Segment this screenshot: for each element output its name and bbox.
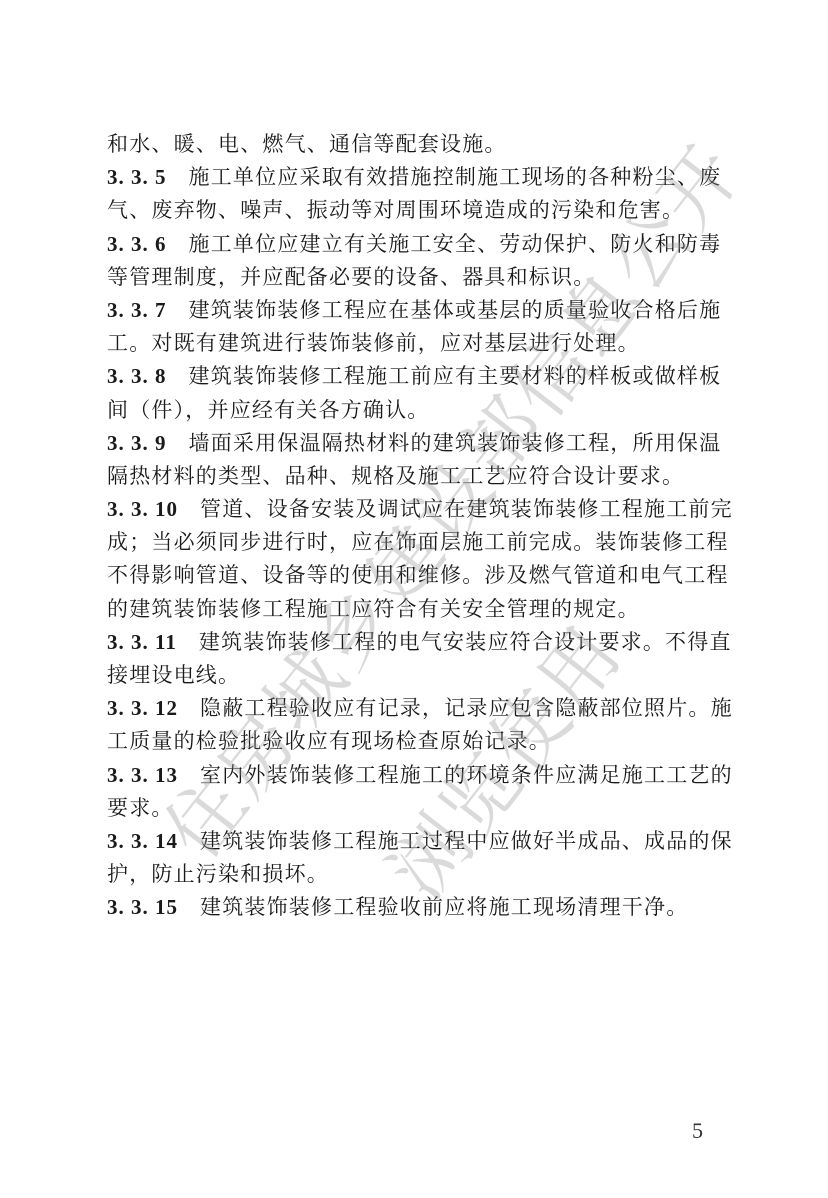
clause-line: 3. 3. 10管道、设备安装及调试应在建筑装饰装修工程施工前完	[107, 493, 719, 526]
text-line: 不得影响管道、设备等的使用和维修。涉及燃气管道和电气工程	[107, 559, 719, 592]
clause-text: 建筑装饰装修工程应在基体或基层的质量验收合格后施	[189, 298, 722, 322]
clause-line: 3. 3. 13室内外装饰装修工程施工的环境条件应满足施工工艺的	[107, 759, 719, 792]
clause-number: 3. 3. 12	[107, 692, 178, 725]
clause-line: 3. 3. 15建筑装饰装修工程验收前应将施工现场清理干净。	[107, 891, 719, 924]
page-number: 5	[692, 1118, 703, 1144]
clause-number: 3. 3. 15	[107, 891, 178, 924]
document-page: 和水、暖、电、燃气、通信等配套设施。 3. 3. 5施工单位应采取有效措施控制施…	[0, 0, 828, 1198]
clause-number: 3. 3. 7	[107, 294, 167, 327]
text-line: 要求。	[107, 792, 719, 825]
clause-number: 3. 3. 13	[107, 759, 178, 792]
clause-text: 建筑装饰装修工程施工过程中应做好半成品、成品的保	[200, 829, 733, 853]
text-line: 隔热材料的类型、品种、规格及施工工艺应符合设计要求。	[107, 460, 719, 493]
clause-text: 间（件），并应经有关各方确认。	[107, 398, 430, 422]
clause-text: 和水、暖、电、燃气、通信等配套设施。	[107, 132, 507, 156]
document-body: 和水、暖、电、燃气、通信等配套设施。 3. 3. 5施工单位应采取有效措施控制施…	[107, 128, 719, 925]
clause-line: 3. 3. 5施工单位应采取有效措施控制施工现场的各种粉尘、废	[107, 161, 719, 194]
clause-text: 工质量的检验批验收应有现场检查原始记录。	[107, 729, 551, 753]
clause-text: 等管理制度，并应配备必要的设备、器具和标识。	[107, 265, 595, 289]
text-line: 的建筑装饰装修工程施工应符合有关安全管理的规定。	[107, 593, 719, 626]
clause-text: 建筑装饰装修工程施工前应有主要材料的样板或做样板	[189, 364, 722, 388]
clause-number: 3. 3. 5	[107, 161, 167, 194]
clause-number: 3. 3. 10	[107, 493, 178, 526]
text-line: 成；当必须同步进行时，应在饰面层施工前完成。装饰装修工程	[107, 526, 719, 559]
text-line: 气、废弃物、噪声、振动等对周围环境造成的污染和危害。	[107, 194, 719, 227]
text-line: 工质量的检验批验收应有现场检查原始记录。	[107, 725, 719, 758]
clause-text: 工。对既有建筑进行装饰装修前，应对基层进行处理。	[107, 331, 640, 355]
clause-number: 3. 3. 14	[107, 825, 178, 858]
text-line: 接埋设电线。	[107, 659, 719, 692]
text-line: 护，防止污染和损坏。	[107, 858, 719, 891]
clause-text: 墙面采用保温隔热材料的建筑装饰装修工程，所用保温	[189, 431, 722, 455]
text-line: 和水、暖、电、燃气、通信等配套设施。	[107, 128, 719, 161]
clause-line: 3. 3. 8建筑装饰装修工程施工前应有主要材料的样板或做样板	[107, 360, 719, 393]
clause-line: 3. 3. 9墙面采用保温隔热材料的建筑装饰装修工程，所用保温	[107, 427, 719, 460]
clause-number: 3. 3. 9	[107, 427, 167, 460]
clause-text: 要求。	[107, 796, 174, 820]
clause-line: 3. 3. 14建筑装饰装修工程施工过程中应做好半成品、成品的保	[107, 825, 719, 858]
clause-line: 3. 3. 7建筑装饰装修工程应在基体或基层的质量验收合格后施	[107, 294, 719, 327]
clause-text: 建筑装饰装修工程验收前应将施工现场清理干净。	[200, 895, 688, 919]
clause-number: 3. 3. 11	[107, 626, 177, 659]
clause-text: 施工单位应建立有关施工安全、劳动保护、防火和防毒	[189, 232, 722, 256]
clause-text: 隐蔽工程验收应有记录，记录应包含隐蔽部位照片。施	[200, 696, 733, 720]
clause-text: 管道、设备安装及调试应在建筑装饰装修工程施工前完	[200, 497, 733, 521]
text-line: 工。对既有建筑进行装饰装修前，应对基层进行处理。	[107, 327, 719, 360]
clause-text: 室内外装饰装修工程施工的环境条件应满足施工工艺的	[200, 763, 733, 787]
clause-text: 施工单位应采取有效措施控制施工现场的各种粉尘、废	[189, 165, 722, 189]
clause-text: 隔热材料的类型、品种、规格及施工工艺应符合设计要求。	[107, 464, 684, 488]
text-line: 间（件），并应经有关各方确认。	[107, 394, 719, 427]
clause-number: 3. 3. 6	[107, 228, 167, 261]
clause-text: 建筑装饰装修工程的电气安装应符合设计要求。不得直	[199, 630, 732, 654]
clause-text: 接埋设电线。	[107, 663, 240, 687]
clause-text: 不得影响管道、设备等的使用和维修。涉及燃气管道和电气工程	[107, 563, 729, 587]
clause-line: 3. 3. 12隐蔽工程验收应有记录，记录应包含隐蔽部位照片。施	[107, 692, 719, 725]
text-line: 等管理制度，并应配备必要的设备、器具和标识。	[107, 261, 719, 294]
clause-text: 成；当必须同步进行时，应在饰面层施工前完成。装饰装修工程	[107, 530, 729, 554]
clause-line: 3. 3. 11建筑装饰装修工程的电气安装应符合设计要求。不得直	[107, 626, 719, 659]
clause-number: 3. 3. 8	[107, 360, 167, 393]
clause-text: 护，防止污染和损坏。	[107, 862, 329, 886]
clause-text: 的建筑装饰装修工程施工应符合有关安全管理的规定。	[107, 597, 640, 621]
clause-text: 气、废弃物、噪声、振动等对周围环境造成的污染和危害。	[107, 198, 684, 222]
clause-line: 3. 3. 6施工单位应建立有关施工安全、劳动保护、防火和防毒	[107, 228, 719, 261]
